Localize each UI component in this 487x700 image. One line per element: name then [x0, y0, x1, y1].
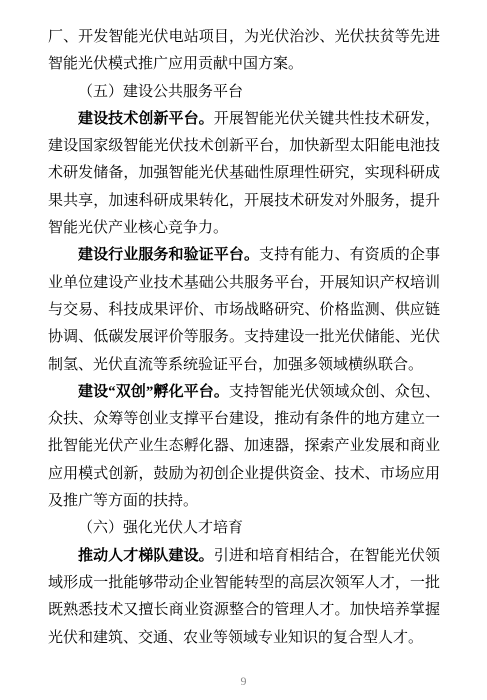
page-number: 9: [0, 674, 487, 688]
paragraph-text: 开展智能光伏关键共性技术研发，建设国家级智能光伏技术创新平台，加快新型太阳能电池…: [48, 111, 440, 236]
paragraph-lead: 推动人才梯队建设。: [78, 548, 214, 564]
paragraph-text: 厂、开发智能光伏电站项目，为光伏治沙、光伏扶贫等先进智能光伏模式推广应用贡献中国…: [48, 29, 440, 72]
paragraph-talent-team: 推动人才梯队建设。引进和培育相结合，在智能光伏领域形成一批能够带动企业智能转型的…: [48, 543, 440, 652]
section-heading-6: （六）强化光伏人才培育: [48, 515, 440, 542]
continuation-paragraph: 厂、开发智能光伏电站项目，为光伏治沙、光伏扶贫等先进智能光伏模式推广应用贡献中国…: [48, 24, 440, 79]
document-page: 厂、开发智能光伏电站项目，为光伏治沙、光伏扶贫等先进智能光伏模式推广应用贡献中国…: [0, 0, 487, 700]
document-body: 厂、开发智能光伏电站项目，为光伏治沙、光伏扶贫等先进智能光伏模式推广应用贡献中国…: [48, 24, 440, 652]
paragraph-lead: 建设“双创”孵化平台。: [78, 384, 229, 400]
paragraph-text: 支持有能力、有资质的企事业单位建设产业技术基础公共服务平台，开展知识产权培训与交…: [48, 247, 440, 372]
paragraph-tech-innovation-platform: 建设技术创新平台。开展智能光伏关键共性技术研发，建设国家级智能光伏技术创新平台，…: [48, 106, 440, 242]
section-heading-5: （五）建设公共服务平台: [48, 79, 440, 106]
paragraph-lead: 建设技术创新平台。: [78, 111, 214, 127]
paragraph-text: 支持智能光伏领域众创、众包、众扶、众筹等创业支撑平台建设，推动有条件的地方建立一…: [48, 384, 440, 509]
paragraph-incubation-platform: 建设“双创”孵化平台。支持智能光伏领域众创、众包、众扶、众筹等创业支撑平台建设，…: [48, 379, 440, 515]
paragraph-industry-service-platform: 建设行业服务和验证平台。支持有能力、有资质的企事业单位建设产业技术基础公共服务平…: [48, 242, 440, 378]
paragraph-lead: 建设行业服务和验证平台。: [78, 247, 259, 263]
